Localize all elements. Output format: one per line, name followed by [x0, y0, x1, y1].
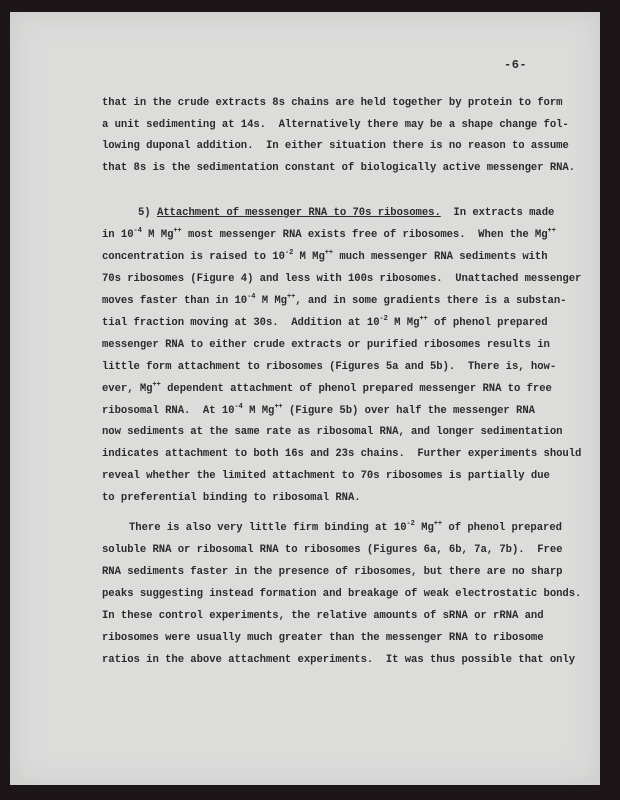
- text-line: There is also very little firm binding a…: [129, 522, 562, 534]
- text-line: RNA sediments faster in the presence of …: [102, 566, 562, 578]
- text-line: that in the crude extracts 8s chains are…: [102, 97, 562, 109]
- text-line: peaks suggesting instead formation and b…: [102, 588, 581, 600]
- text-line: a unit sedimenting at 14s. Alternatively…: [102, 119, 569, 131]
- text-line: In these control experiments, the relati…: [102, 610, 544, 622]
- text-line: lowing duponal addition. In either situa…: [102, 140, 569, 152]
- text-line: 70s ribosomes (Figure 4) and less with 1…: [102, 273, 581, 285]
- text-line: soluble RNA or ribosomal RNA to ribosome…: [102, 544, 562, 556]
- text-line: in 10-4 M Mg++ most messenger RNA exists…: [102, 229, 556, 241]
- section-number: 5): [138, 207, 151, 219]
- text-line: that 8s is the sedimentation constant of…: [102, 162, 575, 174]
- text-line: now sediments at the same rate as riboso…: [102, 426, 562, 438]
- text-line: messenger RNA to either crude extracts o…: [102, 339, 550, 351]
- text-line: ever, Mg++ dependent attachment of pheno…: [102, 383, 552, 395]
- text-line: indicates attachment to both 16s and 23s…: [102, 448, 581, 460]
- section-heading: 5) Attachment of messenger RNA to 70s ri…: [138, 207, 554, 219]
- text-fragment: In extracts made: [441, 207, 555, 219]
- page-number: -6-: [504, 58, 527, 72]
- text-line: little form attachment to ribosomes (Fig…: [102, 361, 556, 373]
- section-title: Attachment of messenger RNA to 70s ribos…: [157, 207, 441, 219]
- text-line: moves faster than in 10-4 M Mg++, and in…: [102, 295, 566, 307]
- text-line: to preferential binding to ribosomal RNA…: [102, 492, 361, 504]
- text-line: reveal whether the limited attachment to…: [102, 470, 550, 482]
- text-line: ratios in the above attachment experimen…: [102, 654, 575, 666]
- text-line: ribosomal RNA. At 10-4 M Mg++ (Figure 5b…: [102, 405, 535, 417]
- text-line: ribosomes were usually much greater than…: [102, 632, 544, 644]
- text-line: concentration is raised to 10-2 M Mg++ m…: [102, 251, 548, 263]
- typewritten-page: -6- that in the crude extracts 8s chains…: [10, 12, 600, 785]
- text-line: tial fraction moving at 30s. Addition at…: [102, 317, 548, 329]
